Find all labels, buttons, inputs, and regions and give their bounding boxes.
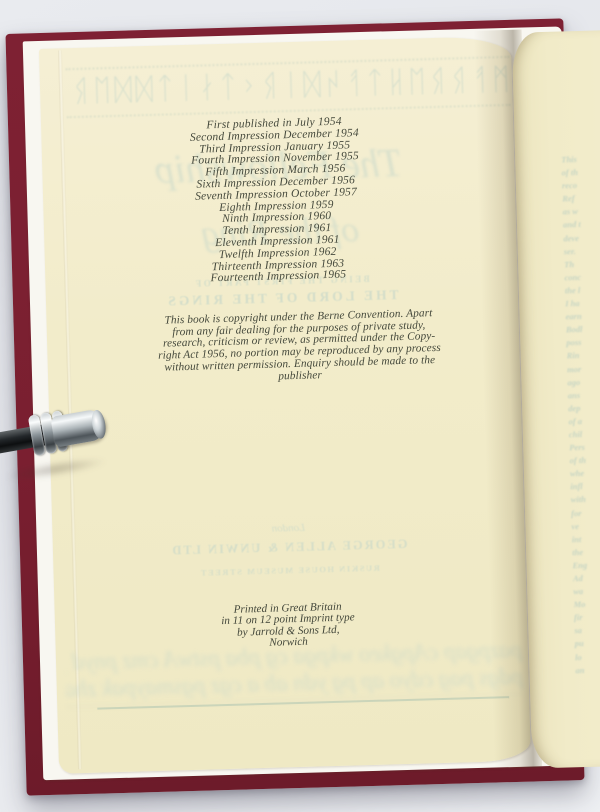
frag-line: the (572, 544, 600, 559)
frag-line: Bodl (566, 322, 600, 337)
frag-line: ans (568, 387, 600, 402)
frag-line: Eng (572, 557, 600, 572)
frag-line: I ha (565, 295, 600, 310)
frag-line: Ref (562, 191, 600, 206)
frag-line: Pers (569, 439, 600, 454)
frag-line: Rin (567, 348, 600, 363)
frag-line: sa (574, 623, 600, 638)
copyright-page: ᛗᚨᚱᚱᛖᚺᛏᚨᛋᛞᛁᚱᚲᛏᚾᛁᛏᛞᛞᛖᚱᚺᛏᛖᛚᛚᛞᛖᛗᚨᚱᛒ The Fel… (39, 36, 531, 774)
frag-line: as w (562, 204, 600, 219)
frag-line: of th (561, 165, 600, 180)
frag-line: reco (562, 178, 600, 193)
frag-line: for (571, 505, 600, 520)
frag-line: and t (563, 217, 600, 232)
frag-line: deve (563, 230, 600, 245)
frag-line: lo (575, 649, 600, 664)
frag-line: Ad (573, 570, 600, 585)
ghost-publisher-address: RUSKIN HOUSE MUSEUM STREET (54, 559, 526, 582)
frag-line: chil (569, 426, 600, 441)
frag-line: Mo (573, 597, 600, 612)
copyright-notice: This book is copyright under the Berne C… (150, 308, 448, 386)
frag-line: poss (566, 335, 600, 350)
photo-stage: ᛗᚨᚱᚱᛖᚺᛏᚨᛋᛞᛁᚱᚲᛏᚾᛁᛏᛞᛞᛖᚱᚺᛏᛖᛚᛚᛞᛖᛗᚨᚱᛒ The Fel… (0, 0, 600, 812)
frag-line: with (571, 492, 600, 507)
frag-line: wa (573, 583, 600, 598)
frag-line: int (572, 531, 600, 546)
facing-page-showthrough: Thisof threcoRefas wand tdeveser.Thconct… (561, 152, 600, 678)
frag-line: the l (565, 282, 600, 297)
frag-line: whe (570, 466, 600, 481)
frag-line: ser. (564, 243, 600, 258)
frag-line: infl (570, 479, 600, 494)
frag-line: ago (567, 374, 600, 389)
frag-line: of a (568, 413, 600, 428)
impressions-list: First published in July 1954Second Impre… (41, 112, 511, 290)
frag-line: an (575, 662, 600, 677)
frag-line: dep (568, 400, 600, 415)
frag-line: fir (574, 610, 600, 625)
frag-line: Th (564, 256, 600, 271)
frag-line: of th (569, 453, 600, 468)
frag-line: pu (575, 636, 600, 651)
frag-line: earn (565, 309, 600, 324)
rune-border-ghost: ᛗᚨᚱᚱᛖᚺᛏᚨᛋᛞᛁᚱᚲᛏᚾᛁᛏᛞᛞᛖᚱᚺᛏᛖᛚᛚᛞᛖᛗᚨᚱᛒ (65, 56, 510, 118)
frag-line: mor (567, 361, 600, 376)
frag-line: This (561, 152, 600, 167)
frag-line: conc (564, 269, 600, 284)
frag-line: ve (571, 518, 600, 533)
